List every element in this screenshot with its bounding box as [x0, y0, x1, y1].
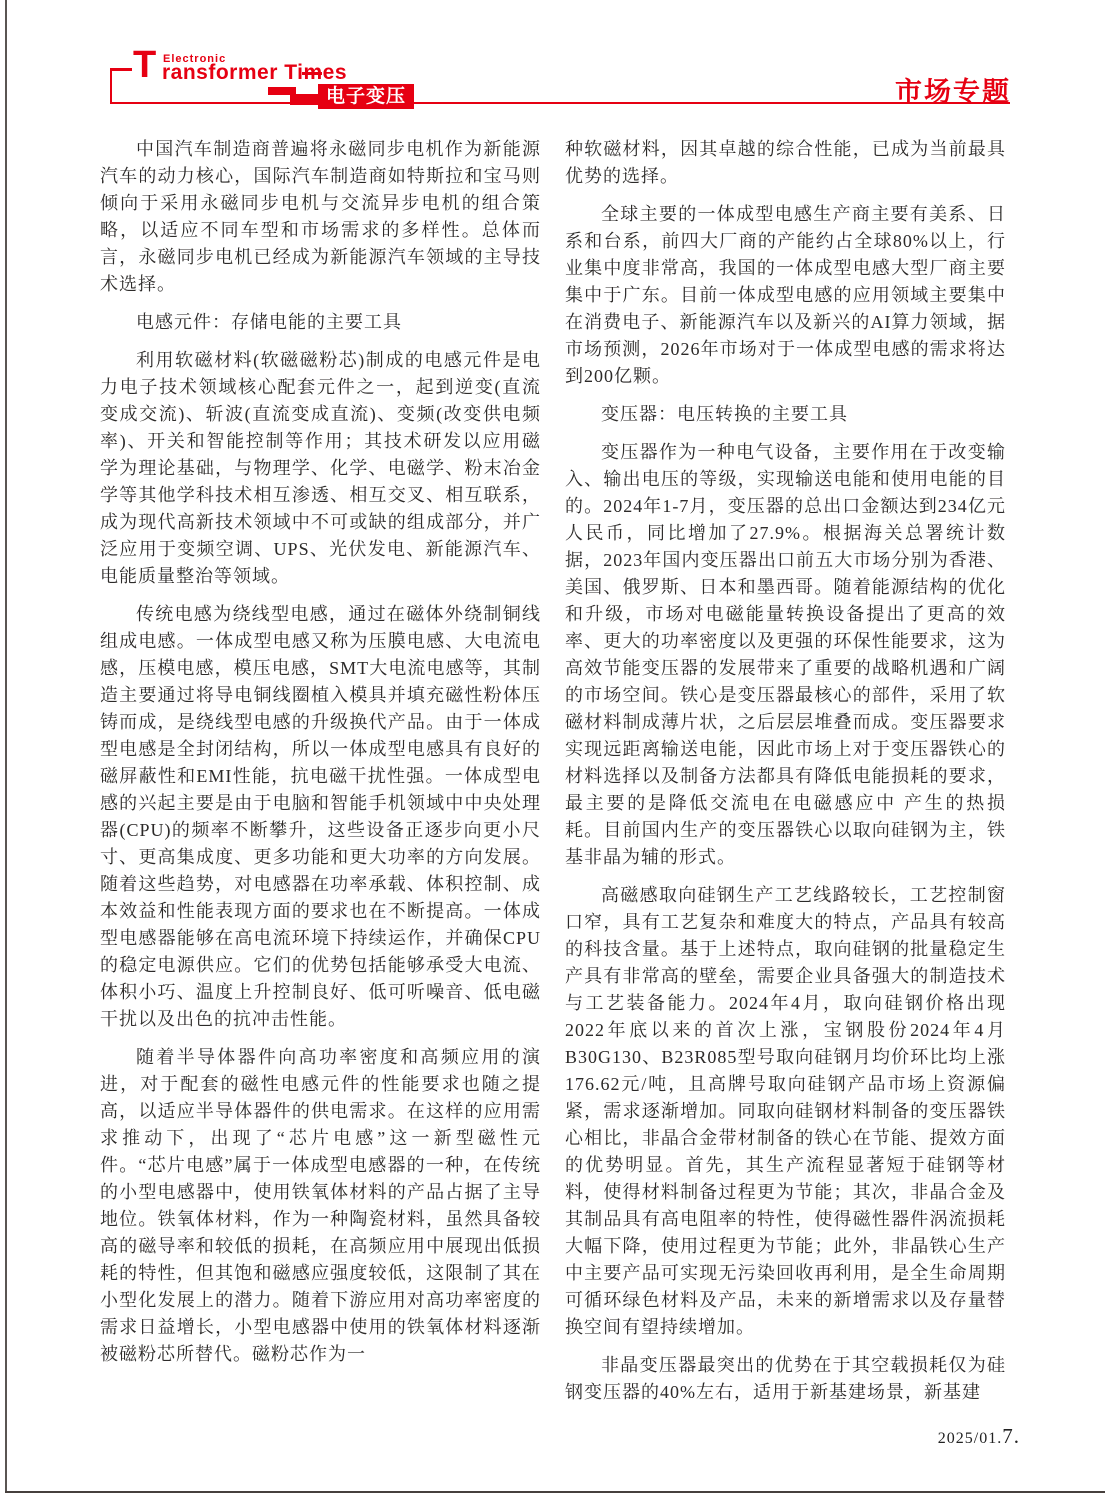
logo-dash-left: [110, 68, 132, 71]
issue-date: 2025/01.: [938, 1430, 1002, 1447]
body-paragraph-continuation: 种软磁材料，因其卓越的综合性能，已成为当前最具优势的选择。: [565, 136, 1006, 190]
logo-dash-right: [302, 72, 322, 75]
body-paragraph: 中国汽车制造商普遍将永磁同步电机作为新能源汽车的动力核心，国际汽车制造商如特斯拉…: [100, 136, 541, 298]
page-bottom-border: [5, 1491, 1105, 1493]
body-paragraph: 全球主要的一体成型电感生产商主要有美系、日系和台系，前四大厂商的产能约占全球80…: [565, 201, 1006, 390]
page-left-border: [5, 0, 7, 1493]
logo-badge: 电子变压器: [318, 84, 414, 109]
left-column: 中国汽车制造商普遍将永磁同步电机作为新能源汽车的动力核心，国际汽车制造商如特斯拉…: [100, 136, 541, 1379]
logo-bracket-vertical: [110, 71, 112, 104]
badge-step-decoration: [290, 94, 320, 105]
body-paragraph: 传统电感为绕线型电感，通过在磁体外绕制铜线组成电感。一体成型电感又称为压膜电感、…: [100, 601, 541, 1033]
body-paragraph: 非晶变压器最突出的优势在于其空载损耗仅为硅钢变压器的40%左右，适用于新基建场景…: [565, 1352, 1006, 1406]
section-heading-transformers: 变压器：电压转换的主要工具: [565, 401, 1006, 428]
body-paragraph: 随着半导体器件向高功率密度和高频应用的演进，对于配套的磁性电感元件的性能要求也随…: [100, 1044, 541, 1368]
right-column: 种软磁材料，因其卓越的综合性能，已成为当前最具优势的选择。 全球主要的一体成型电…: [565, 136, 1006, 1417]
section-heading-inductors: 电感元件：存储电能的主要工具: [100, 309, 541, 336]
section-label: 市场专题: [893, 70, 1011, 109]
body-paragraph: 利用软磁材料(软磁磁粉芯)制成的电感元件是电力电子技术领域核心配套元件之一，起到…: [100, 347, 541, 590]
page-number: 7.: [1002, 1424, 1020, 1448]
magazine-page: T Electronic ransformer Times 电子变压器 市场专题…: [0, 0, 1105, 1498]
body-paragraph: 高磁感取向硅钢生产工艺线路较长，工艺控制窗口窄，具有工艺复杂和难度大的特点，产品…: [565, 882, 1006, 1341]
page-footer: 2025/01.7.: [840, 1424, 1020, 1449]
body-paragraph: 变压器作为一种电气设备，主要作用在于改变输入、输出电压的等级，实现输送电能和使用…: [565, 439, 1006, 871]
header-red-rule: [110, 102, 1010, 104]
logo-initial: T: [133, 46, 156, 84]
